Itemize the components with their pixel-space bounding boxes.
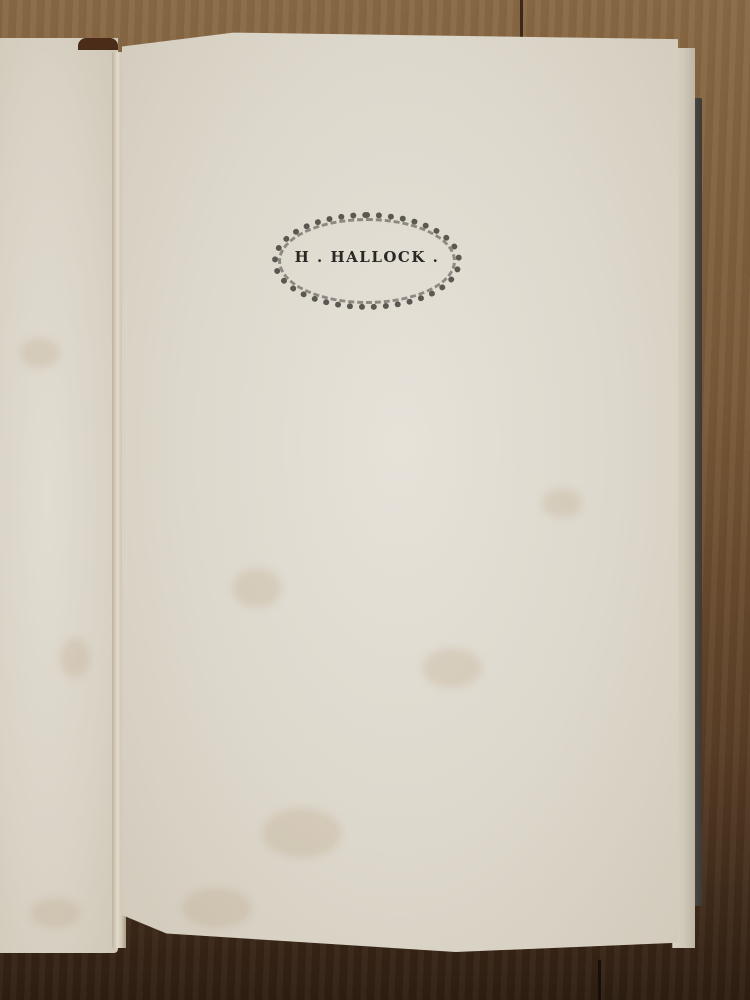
table-board-seam xyxy=(520,0,523,40)
foxing-stain xyxy=(542,488,582,518)
foxing-stain xyxy=(20,338,60,368)
foxing-stain xyxy=(30,898,80,928)
left-page xyxy=(0,38,118,953)
right-page xyxy=(122,28,678,952)
foxing-stain xyxy=(232,568,282,608)
ownership-stamp: H . HALLOCK . xyxy=(272,212,462,310)
foxing-stain xyxy=(182,888,252,928)
stamp-name-text: H . HALLOCK . xyxy=(272,248,462,266)
table-board-seam xyxy=(598,960,601,1000)
torn-binding-corner xyxy=(78,38,118,50)
foxing-stain xyxy=(262,808,342,858)
foxing-stain xyxy=(422,648,482,688)
foxing-stain xyxy=(60,638,90,678)
